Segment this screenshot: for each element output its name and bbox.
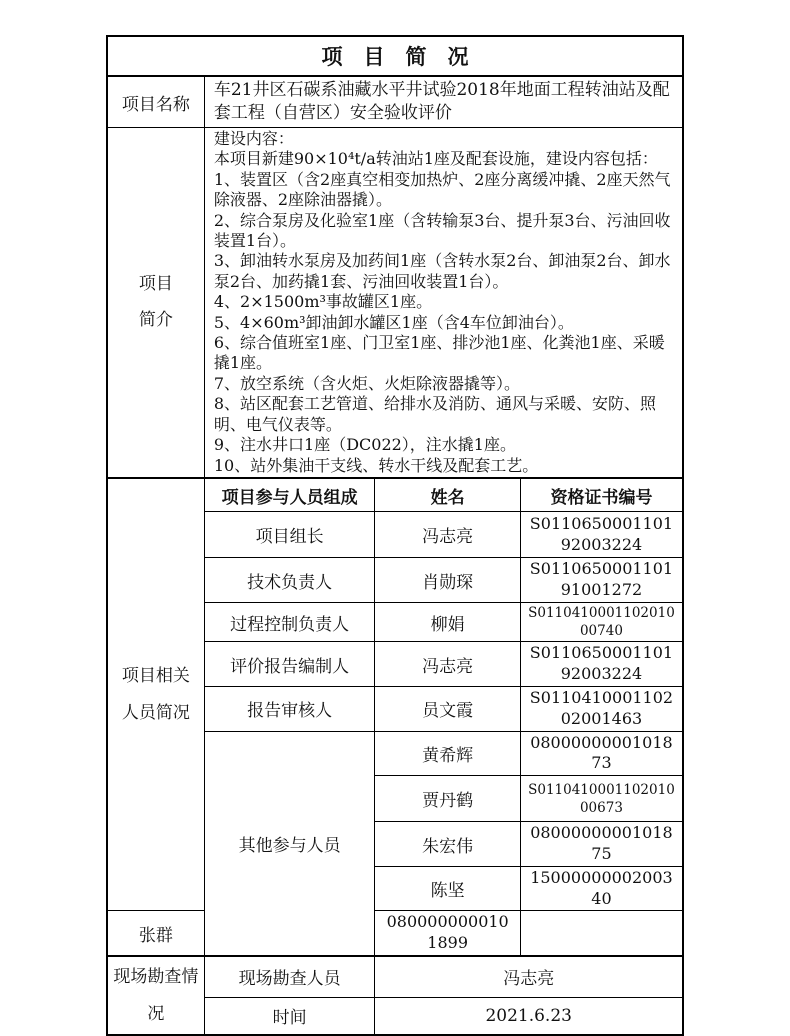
member-role: 项目组长 (204, 512, 375, 558)
table-row: 现场勘查情 况 现场勘查人员 冯志亮 (107, 956, 683, 997)
member-cert: 0800000000101899 (375, 911, 521, 956)
member-role: 评价报告编制人 (204, 642, 375, 687)
site-survey-personnel-label: 现场勘查人员 (204, 956, 375, 997)
member-name: 黄希辉 (375, 731, 521, 776)
table-row: 项目 简介 建设内容： 本项目新建90×10⁴t/a转油站1座及配套设施，建设内… (107, 128, 683, 478)
table-row: 张群 0800000000101899 (107, 911, 683, 956)
member-name: 朱宏伟 (375, 822, 521, 867)
member-cert: S011065000110192003224 (520, 642, 683, 687)
member-role: 报告审核人 (204, 687, 375, 732)
site-survey-date-value: 2021.6.23 (375, 997, 683, 1035)
member-cert: 0800000000101875 (520, 822, 683, 867)
member-cert: S011041000110202001463 (520, 687, 683, 732)
member-name: 冯志亮 (375, 642, 521, 687)
member-cert: 1500000000200340 (520, 866, 683, 911)
personnel-header-role: 项目参与人员组成 (204, 478, 375, 512)
member-name: 柳娟 (375, 603, 521, 642)
site-survey-date-label: 时间 (204, 997, 375, 1035)
member-cert: S011041000110201000673 (520, 776, 683, 822)
table-row: 项目名称 车21井区石碳系油藏水平井试验2018年地面工程转油站及配套工程（自营… (107, 76, 683, 128)
project-name-value: 车21井区石碳系油藏水平井试验2018年地面工程转油站及配套工程（自营区）安全验… (204, 76, 683, 128)
personnel-header-name: 姓名 (375, 478, 521, 512)
member-cert: 0800000000101873 (520, 731, 683, 776)
member-name: 张群 (107, 911, 204, 956)
member-name: 员文霞 (375, 687, 521, 732)
project-overview-table: 项 目 简 况 项目名称 车21井区石碳系油藏水平井试验2018年地面工程转油站… (106, 35, 684, 1036)
project-brief-label: 项目 简介 (107, 128, 204, 478)
site-survey-section-label: 现场勘查情 况 (107, 956, 204, 1035)
member-role: 过程控制负责人 (204, 603, 375, 642)
member-name: 冯志亮 (375, 512, 521, 558)
member-cert: S011065000110192003224 (520, 512, 683, 558)
site-survey-personnel-value: 冯志亮 (375, 956, 683, 997)
project-brief-content: 建设内容： 本项目新建90×10⁴t/a转油站1座及配套设施，建设内容包括： 1… (204, 128, 683, 478)
member-name: 肖勋琛 (375, 558, 521, 603)
project-name-label: 项目名称 (107, 76, 204, 128)
member-cert: S011041000110201000740 (520, 603, 683, 642)
personnel-section-label: 项目相关 人员简况 (107, 478, 204, 911)
member-name: 陈坚 (375, 866, 521, 911)
table-row: 项 目 简 况 (107, 36, 683, 76)
member-name: 贾丹鹤 (375, 776, 521, 822)
document-title: 项 目 简 况 (107, 36, 683, 76)
member-role: 技术负责人 (204, 558, 375, 603)
others-label: 其他参与人员 (204, 731, 375, 956)
table-row: 项目相关 人员简况 项目参与人员组成 姓名 资格证书编号 (107, 478, 683, 512)
personnel-header-cert: 资格证书编号 (520, 478, 683, 512)
member-cert: S011065000110191001272 (520, 558, 683, 603)
